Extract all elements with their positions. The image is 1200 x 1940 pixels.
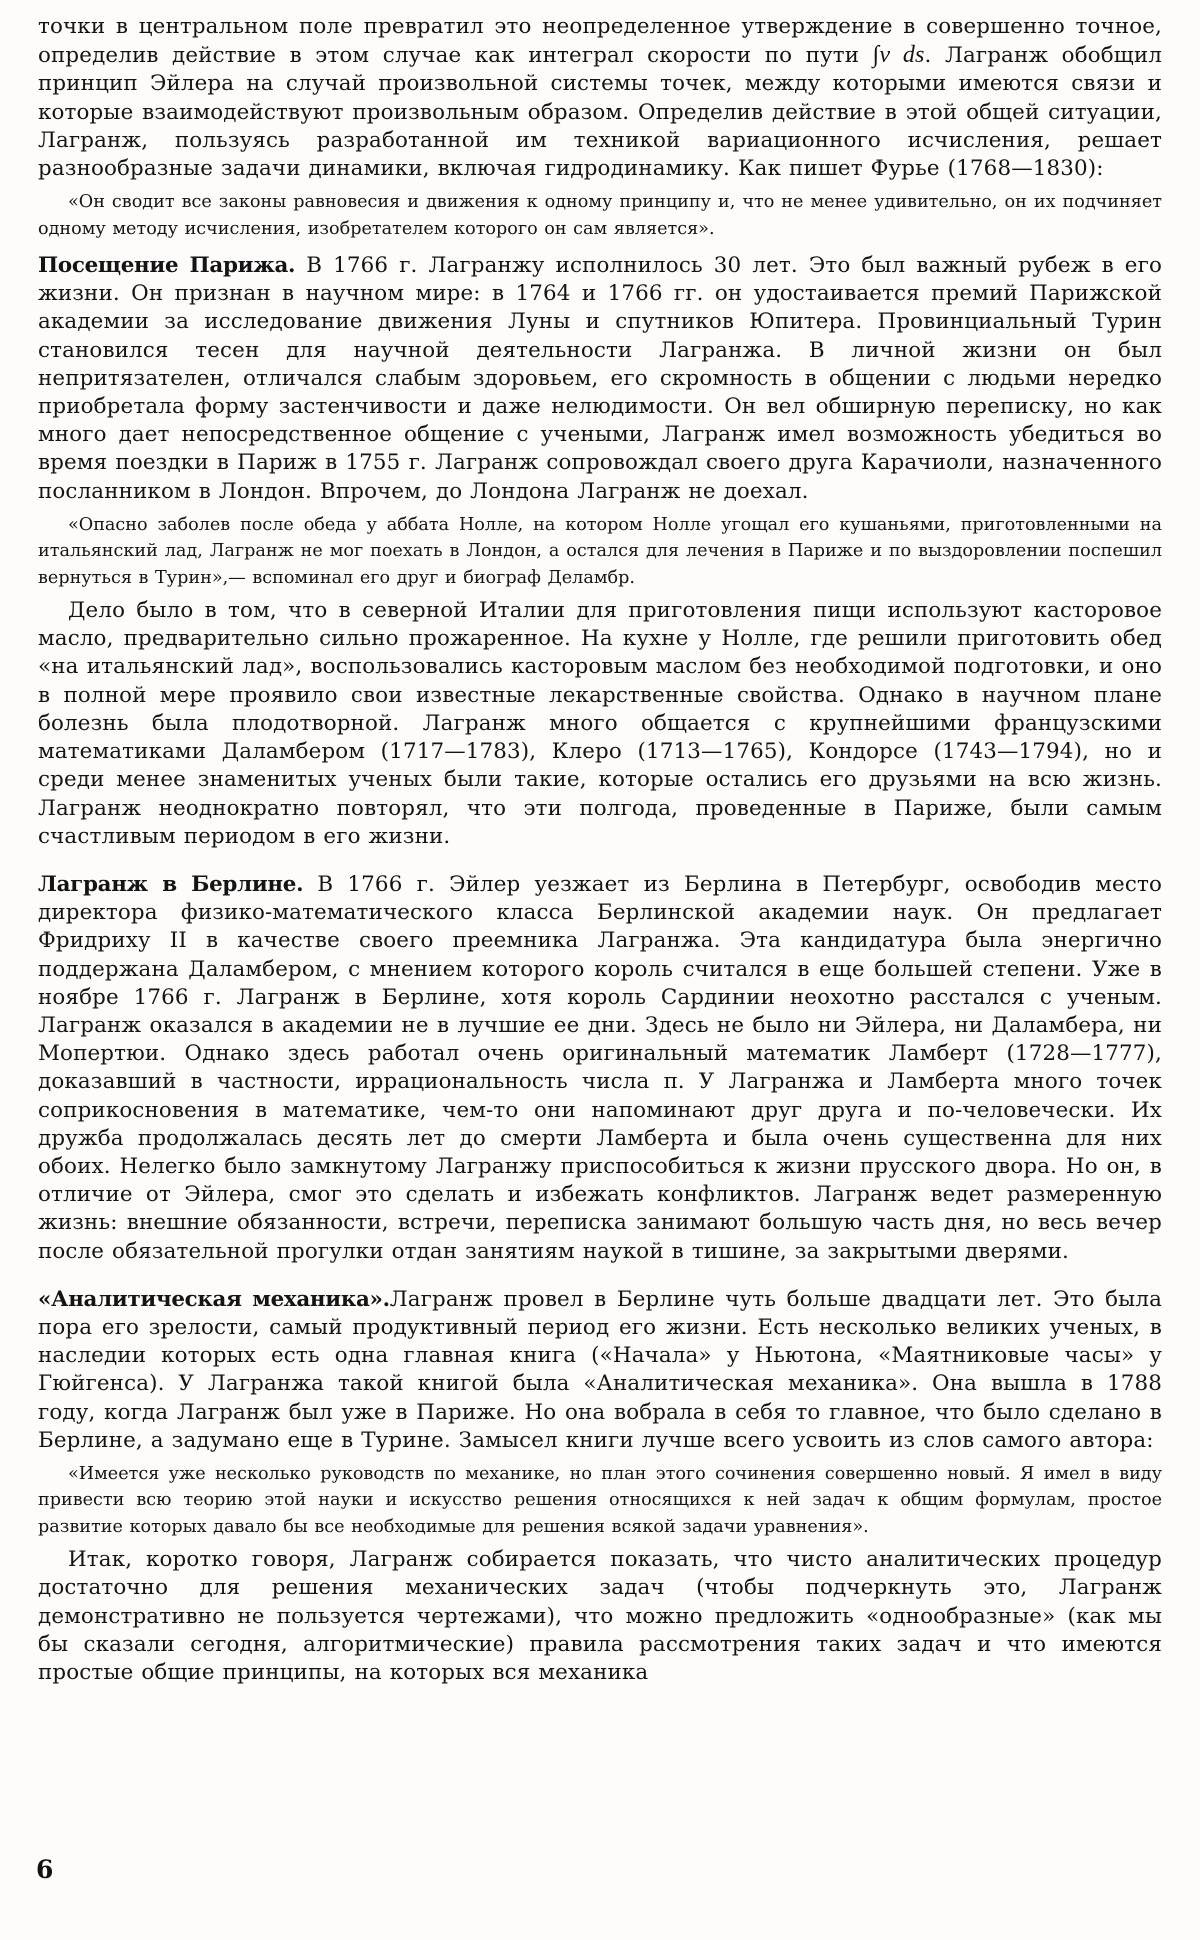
section-heading-mechanics: «Аналитическая механика». — [38, 1287, 390, 1312]
section-heading-berlin: Лагранж в Берлине. — [38, 872, 303, 897]
section-text: В 1766 г. Лагранжу исполнилось 30 лет. Э… — [38, 253, 1162, 504]
quote-fourier: «Он сводит все законы равновесия и движе… — [38, 189, 1162, 242]
section-paris: Посещение Парижа. В 1766 г. Лагранжу исп… — [38, 252, 1162, 506]
paragraph-castor-oil: Дело было в том, что в северной Италии д… — [38, 597, 1162, 851]
section-text: В 1766 г. Эйлер уезжает из Берлина в Пет… — [38, 872, 1162, 1264]
page-number: 6 — [36, 1855, 53, 1884]
section-berlin: Лагранж в Берлине. В 1766 г. Эйлер уезжа… — [38, 871, 1162, 1266]
integral-formula: ∫v ds — [873, 42, 925, 68]
quote-delambre: «Опасно заболев после обеда у аббата Нол… — [38, 512, 1162, 591]
paragraph-summary: Итак, коротко говоря, Лагранж собирается… — [38, 1546, 1162, 1687]
quote-lagrange: «Имеется уже несколько руководств по мех… — [38, 1461, 1162, 1540]
page-body: точки в центральном поле превратил это н… — [38, 13, 1162, 1687]
paragraph-intro: точки в центральном поле превратил это н… — [38, 13, 1162, 183]
section-heading-paris: Посещение Парижа. — [38, 253, 295, 278]
section-analytical-mechanics: «Аналитическая механика».Лагранж провел … — [38, 1286, 1162, 1455]
